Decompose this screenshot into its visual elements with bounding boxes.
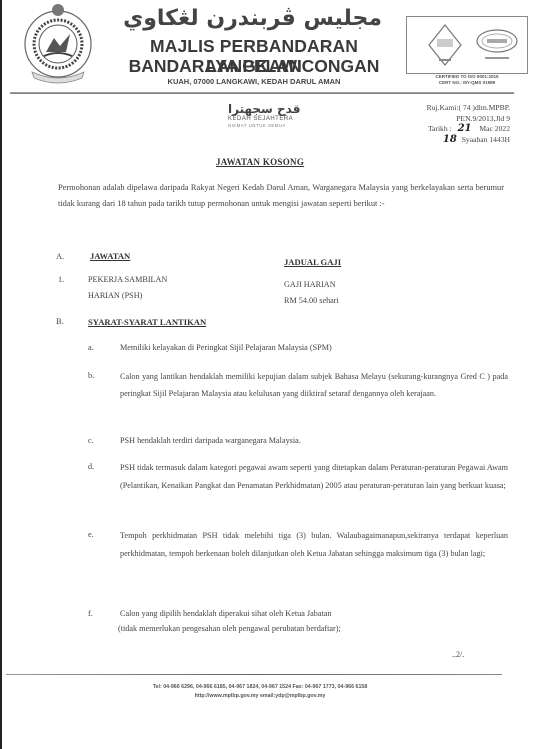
footer-contact: Tel: 04-966 6296, 04-966 6185, 04-967 18…	[60, 684, 460, 690]
requirement-text: PSH hendaklah terdiri daripada warganega…	[120, 433, 508, 448]
section-b-letter: B.	[56, 317, 64, 326]
requirement-text: Calon yang lantikan hendaklah memiliki k…	[120, 368, 508, 402]
requirement-label: f.	[88, 606, 108, 621]
requirement-text: Memiliki kelayakan di Peringkat Sijil Pe…	[120, 340, 508, 355]
requirement-text-line2: (tidak memerlukan pengesahan oleh pengaw…	[118, 621, 508, 636]
requirement-label: a.	[88, 340, 108, 355]
page-continuation-marker: ..2/.	[452, 650, 464, 659]
requirements-list: a. Memiliki kelayakan di Peringkat Sijil…	[88, 0, 508, 749]
requirement-text-line1: Calon yang dipilih hendaklah diperakui s…	[120, 606, 508, 621]
requirement-text: Tempoh perkhidmatan PSH tidak melebihi t…	[120, 527, 508, 562]
footer-divider	[6, 674, 502, 675]
requirement-label: e.	[88, 527, 108, 542]
position-number: 1.	[58, 272, 64, 288]
footer-web-email: http://www.mplbp.gov.my email:ydp@mplbp.…	[60, 693, 460, 699]
requirement-text: PSH tidak termasuk dalam kategori pegawa…	[120, 459, 508, 495]
requirement-label: c.	[88, 433, 108, 448]
section-a-letter: A.	[56, 252, 64, 261]
requirement-label: d.	[88, 459, 108, 474]
requirement-text: Calon yang dipilih hendaklah diperakui s…	[120, 606, 508, 637]
requirement-label: b.	[88, 368, 108, 383]
window-edge	[0, 0, 2, 749]
